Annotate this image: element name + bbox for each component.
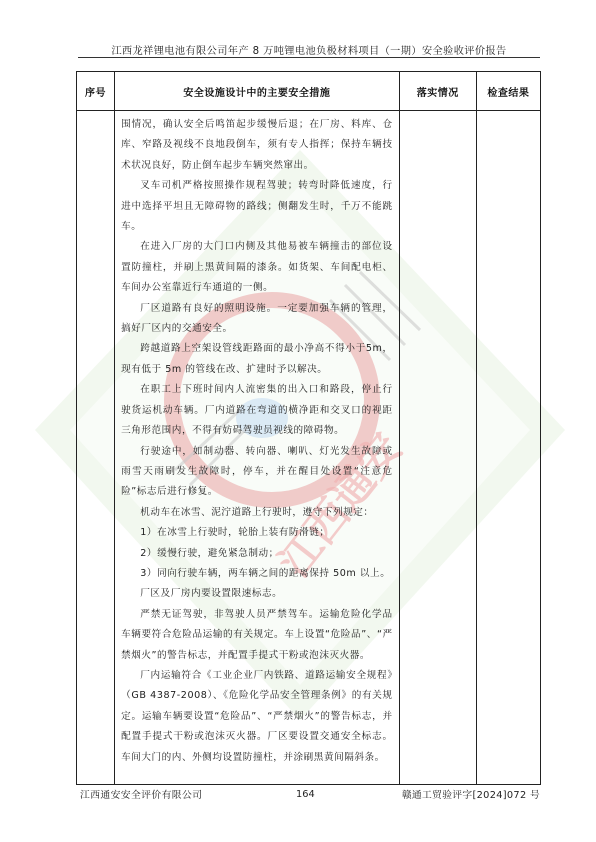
column-header-seq: 序号 xyxy=(77,72,115,111)
paragraph: 厂区及厂房内要设置限速标志。 xyxy=(121,584,393,604)
list-item: 1）在冰雪上行驶时，轮胎上装有防滑链； xyxy=(121,523,393,543)
column-header-implementation: 落实情况 xyxy=(399,72,476,111)
measures-content: 围情况，确认安全后鸣笛起步缓慢后退；在厂房、料库、仓库、窄路及视线不良地段倒车，… xyxy=(115,111,399,768)
header-divider xyxy=(78,57,540,58)
cell-implementation xyxy=(399,111,476,785)
paragraph: 厂内运输符合《工业企业厂内铁路、道路运输安全规程》（GB 4387-2008）、… xyxy=(121,666,393,768)
column-header-measures: 安全设施设计中的主要安全措施 xyxy=(115,72,400,111)
paragraph: 机动车在冰雪、泥泞道路上行驶时，遵守下列规定： xyxy=(121,503,393,523)
table-header-row: 序号 安全设施设计中的主要安全措施 落实情况 检查结果 xyxy=(77,72,541,111)
page-header-title: 江西龙祥锂电池有限公司年产 8 万吨锂电池负极材料项目（一期）安全验收评价报告 xyxy=(78,42,540,57)
paragraph: 厂区道路有良好的照明设施。一定要加强车辆的管理，搞好厂区内的交通安全。 xyxy=(121,299,393,340)
footer-doc-number: 赣通工贸验评字[2024]072 号 xyxy=(402,787,540,801)
paragraph: 行驶途中，如制动器、转向器、喇叭、灯光发生故障或雨雪天雨刷发生故障时，停车，并在… xyxy=(121,442,393,503)
page-footer: 江西通安安全评价有限公司 164 赣通工贸验评字[2024]072 号 xyxy=(78,787,540,801)
cell-result xyxy=(476,111,540,785)
cell-measures: 围情况，确认安全后鸣笛起步缓慢后退；在厂房、料库、仓库、窄路及视线不良地段倒车，… xyxy=(115,111,400,785)
safety-measures-table: 序号 安全设施设计中的主要安全措施 落实情况 检查结果 围情况，确认安全后鸣笛起… xyxy=(76,71,541,785)
list-item: 2）缓慢行驶，避免紧急制动； xyxy=(121,544,393,564)
page-number: 164 xyxy=(296,789,315,800)
paragraph: 在职工上下班时间内人流密集的出入口和路段，停止行驶货运机动车辆。厂内道路在弯道的… xyxy=(121,380,393,441)
column-header-result: 检查结果 xyxy=(476,72,540,111)
paragraph: 在进入厂房的大门口内侧及其他易被车辆撞击的部位设置防撞柱，并刷上黑黄间隔的漆条。… xyxy=(121,237,393,298)
paragraph: 围情况，确认安全后鸣笛起步缓慢后退；在厂房、料库、仓库、窄路及视线不良地段倒车，… xyxy=(121,115,393,176)
paragraph: 严禁无证驾驶，非驾驶人员严禁驾车。运输危险化学品车辆要符合危险品运输的有关规定。… xyxy=(121,605,393,666)
footer-company: 江西通安安全评价有限公司 xyxy=(80,787,202,801)
paragraph: 跨越道路上空架设管线距路面的最小净高不得小于5m，现有低于 5m 的管线在改、扩… xyxy=(121,339,393,380)
cell-seq xyxy=(77,111,115,785)
paragraph: 叉车司机严格按照操作规程驾驶；转弯时降低速度，行进中选择平坦且无障碍物的路线；侧… xyxy=(121,176,393,237)
table-row: 围情况，确认安全后鸣笛起步缓慢后退；在厂房、料库、仓库、窄路及视线不良地段倒车，… xyxy=(77,111,541,785)
list-item: 3）同向行驶车辆，两车辆之间的距离保持 50m 以上。 xyxy=(121,564,393,584)
